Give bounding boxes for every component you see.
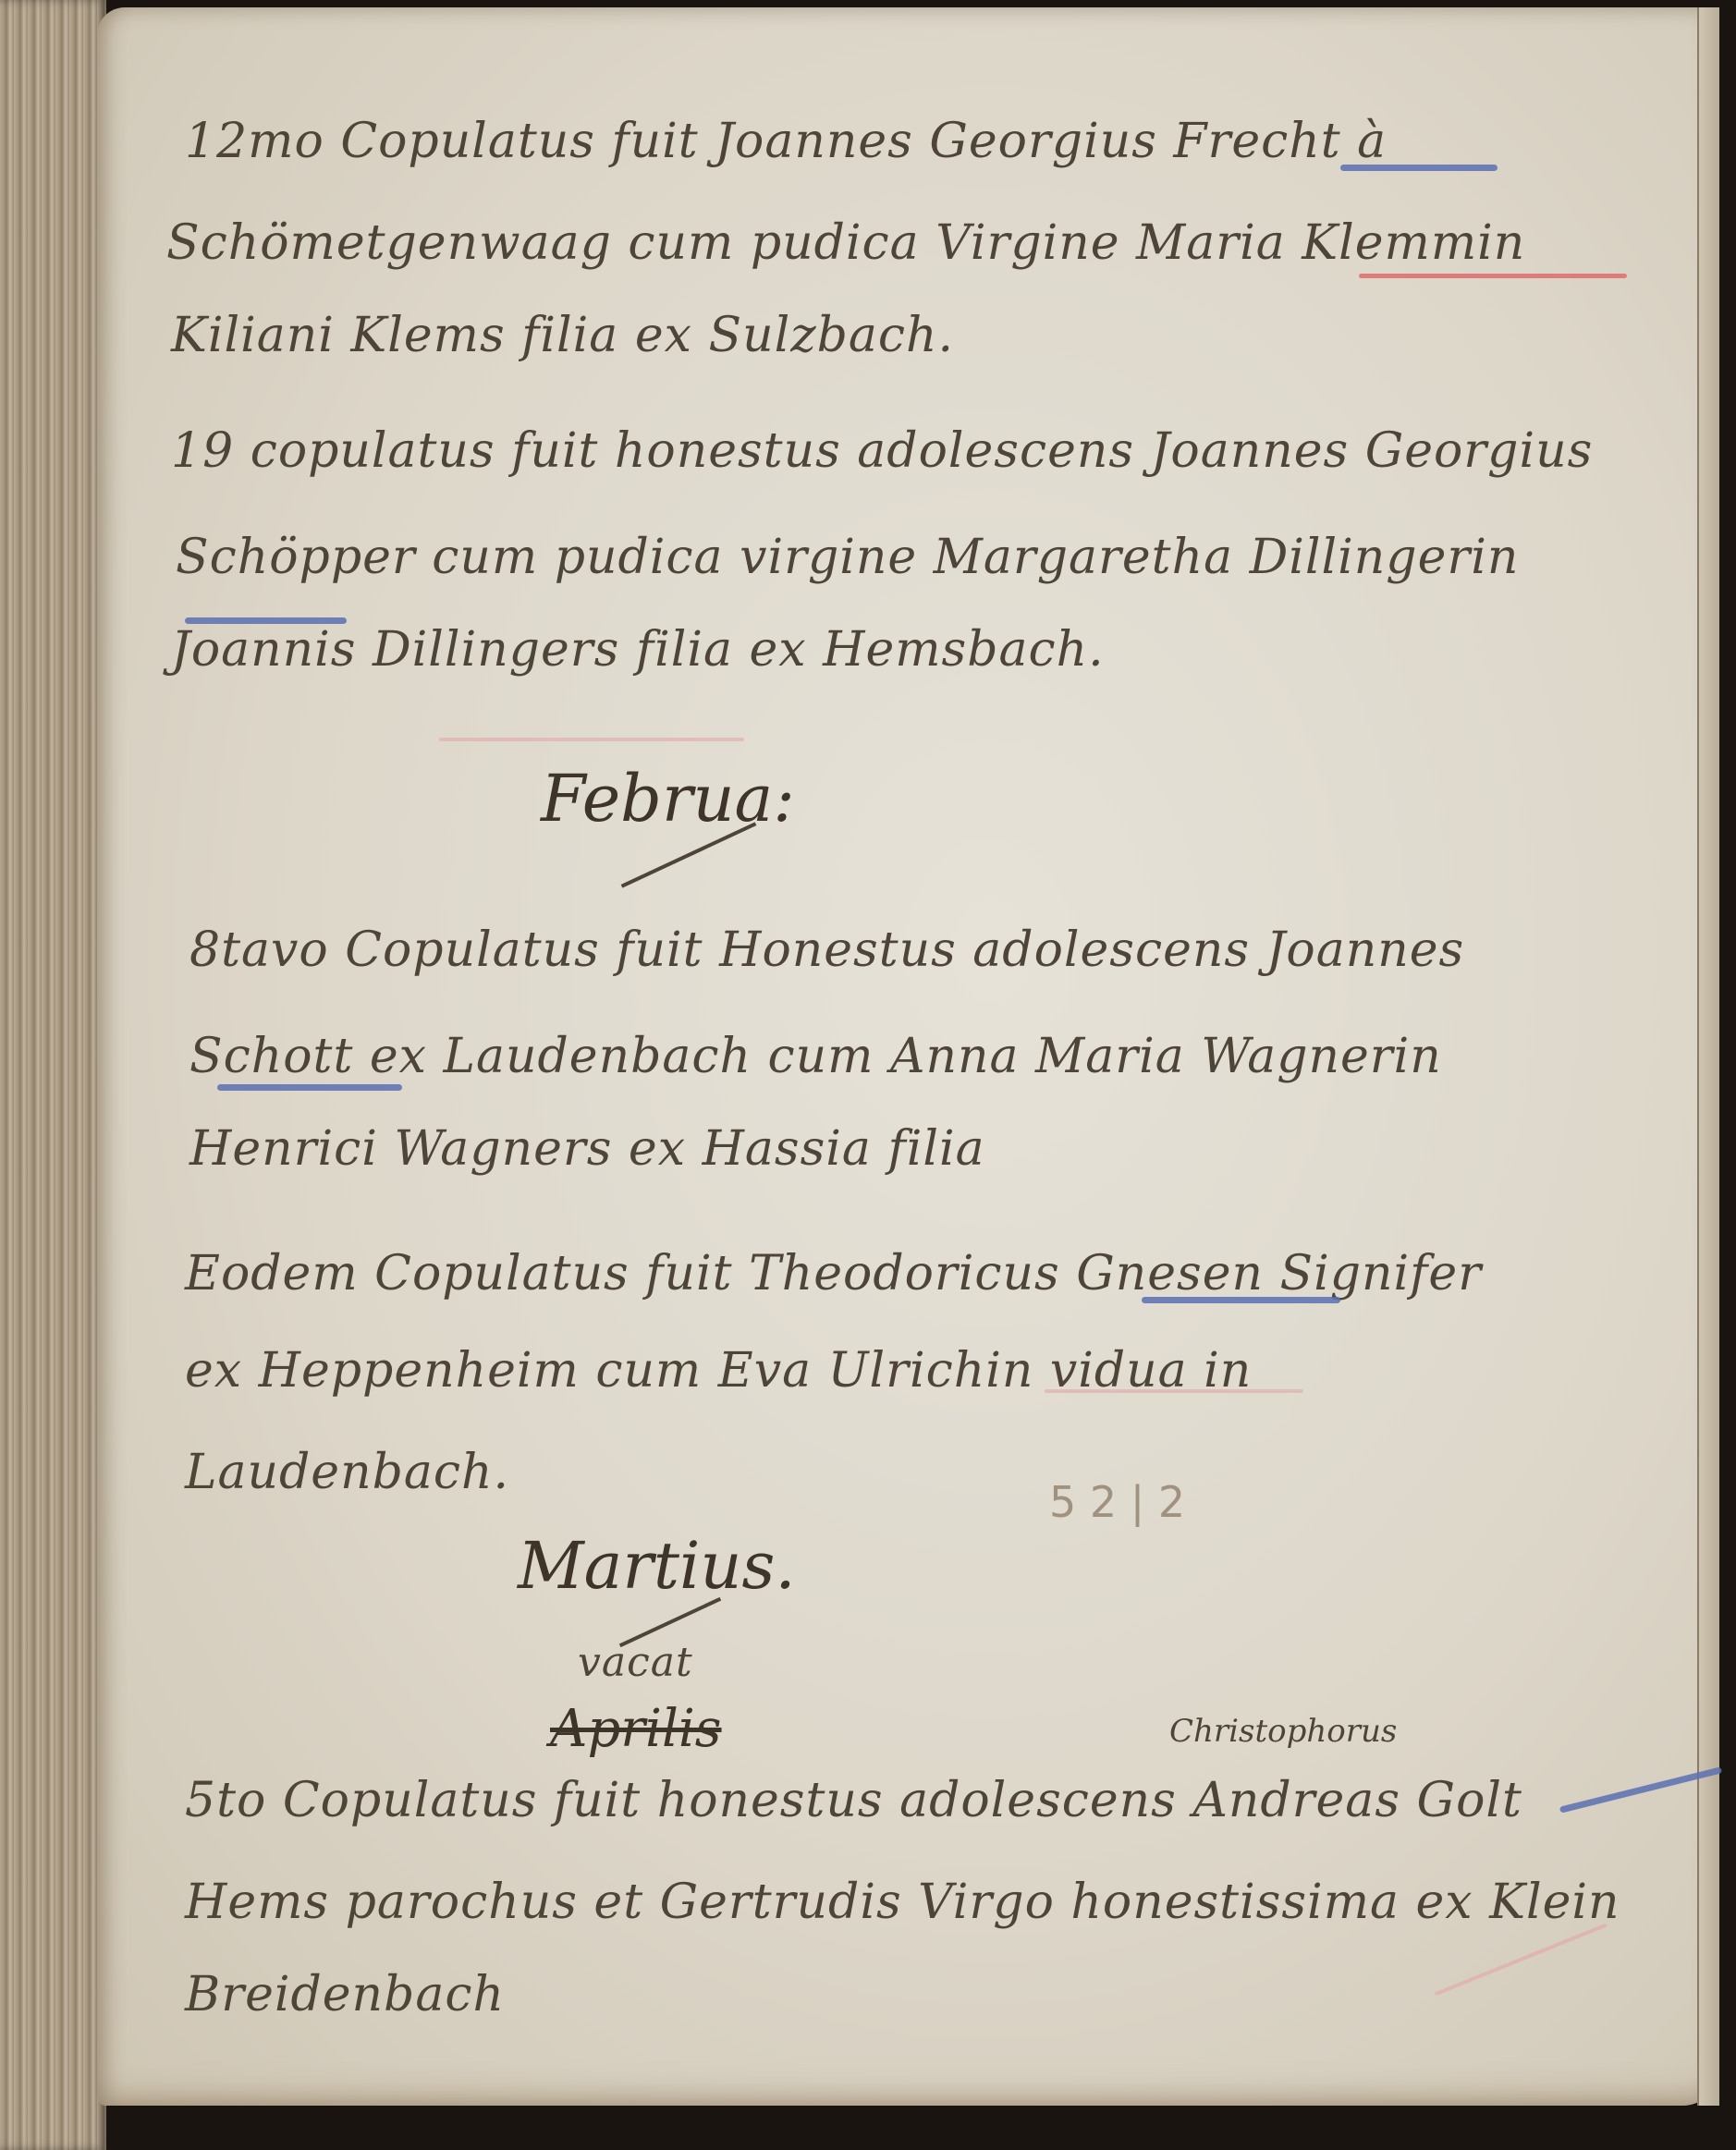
entry-line: Eodem Copulatus fuit Theodoricus Gnesen … <box>185 1246 1482 1301</box>
entry-line: 19 copulatus fuit honestus adolescens Jo… <box>171 423 1593 479</box>
book-page-edges <box>0 0 106 2150</box>
interlinear-insertion: Christophorus <box>1169 1713 1397 1750</box>
entry-line: 12mo Copulatus fuit Joannes Georgius Fre… <box>185 114 1387 169</box>
register-page: 12mo Copulatus fuit Joannes Georgius Fre… <box>97 7 1719 2106</box>
vacat-note: vacat <box>578 1639 693 1686</box>
entry-line: Schömetgenwaag cum pudica Virgine Maria … <box>166 215 1525 271</box>
page-right-edge <box>1697 7 1719 2106</box>
entry-line: Hems parochus et Gertrudis Virgo honesti… <box>185 1875 1620 1930</box>
entry-line: Kiliani Klems filia ex Sulzbach. <box>171 308 954 363</box>
red-underline-surname <box>1359 274 1627 278</box>
entry-line: Laudenbach. <box>185 1445 509 1500</box>
entry-line: Joannis Dillingers filia ex Hemsbach. <box>171 622 1105 678</box>
blue-underline-surname <box>217 1084 402 1091</box>
faint-red-mark <box>439 738 744 741</box>
faint-red-mark <box>1045 1389 1303 1393</box>
entry-line: Breidenbach <box>185 1967 505 2022</box>
entry-line: 5to Copulatus fuit honestus adolescens A… <box>185 1773 1522 1828</box>
entry-line: Schöpper cum pudica virgine Margaretha D… <box>176 530 1519 585</box>
blue-underline-surname <box>1340 165 1498 171</box>
pencil-annotation: 5 2 | 2 <box>1049 1477 1185 1527</box>
blue-underline-surname <box>185 617 347 624</box>
blue-underline-surname <box>1142 1297 1340 1303</box>
entry-line: Schott ex Laudenbach cum Anna Maria Wagn… <box>189 1029 1442 1084</box>
entry-line: 8tavo Copulatus fuit Honestus adolescens… <box>189 922 1464 978</box>
month-heading-april: Aprilis <box>550 1699 722 1759</box>
month-heading-march: Martius. <box>518 1528 796 1604</box>
faint-red-mark <box>1435 1924 1608 1997</box>
entry-line: Henrici Wagners ex Hassia filia <box>189 1121 985 1177</box>
